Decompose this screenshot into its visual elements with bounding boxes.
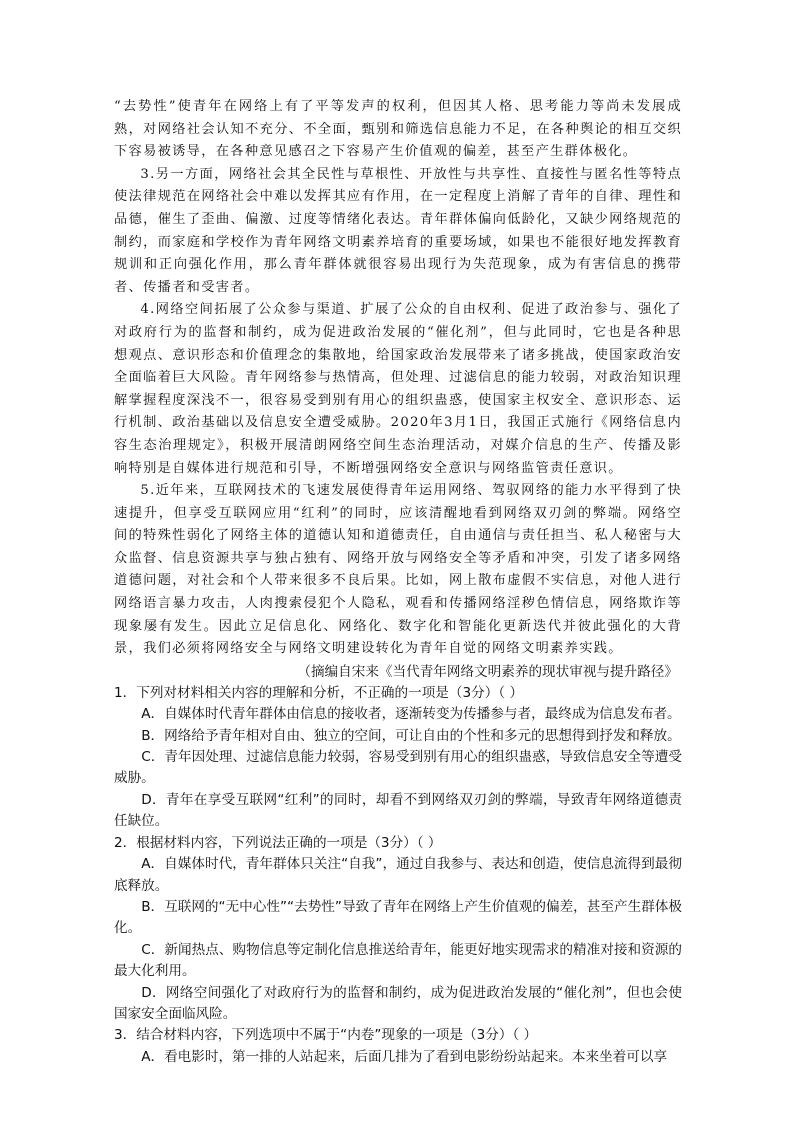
option-c: C．青年因处理、过滤信息能力较弱，容易受到别有用心的组织蛊惑，导致信息安全等遭受… [114, 747, 682, 790]
question-1: 1．下列对材料相关内容的理解和分析，不正确的一项是（3分）（ ） A．自媒体时代… [114, 683, 682, 833]
option-b: B．网络给予青年相对自由、独立的空间，可让自由的个性和多元的思想得到抒发和释放。 [114, 726, 682, 747]
passage-paragraph-continuation: “去势性”使青年在网络上有了平等发声的权利，但因其人格、思考能力等尚未发展成熟，… [114, 96, 682, 164]
reading-passage: “去势性”使青年在网络上有了平等发声的权利，但因其人格、思考能力等尚未发展成熟，… [114, 96, 682, 661]
passage-paragraph-4: 4.网络空间拓展了公众参与渠道、扩展了公众的自由权利、促进了政治参与、强化了对政… [114, 299, 682, 480]
question-stem: 1．下列对材料相关内容的理解和分析，不正确的一项是（3分）（ ） [114, 683, 682, 704]
option-b: B．互联网的“无中心性”“去势性”导致了青年在网络上产生价值观的偏差，甚至产生群… [114, 897, 682, 940]
option-d: D．网络空间强化了对政府行为的监督和制约，成为促进政治发展的“催化剂”，但也会使… [114, 983, 682, 1026]
option-a: A．看电影时，第一排的人站起来，后面几排为了看到电影纷纷站起来。本来坐着可以享 [114, 1047, 682, 1068]
question-stem: 3．结合材料内容，下列选项中不属于“内卷”现象的一项是（3分）（ ） [114, 1025, 682, 1046]
passage-source: （摘编自宋来《当代青年网络文明素养的现状审视与提升路径》 [114, 661, 682, 683]
option-a: A．自媒体时代，青年群体只关注“自我”，通过自我参与、表达和创造，使信息流得到最… [114, 854, 682, 897]
passage-paragraph-5: 5.近年来，互联网技术的飞速发展使得青年运用网络、驾驭网络的能力水平得到了快速提… [114, 480, 682, 661]
option-a: A．自媒体时代青年群体由信息的接收者，逐渐转变为传播参与者，最终成为信息发布者。 [114, 704, 682, 725]
question-3: 3．结合材料内容，下列选项中不属于“内卷”现象的一项是（3分）（ ） A．看电影… [114, 1025, 682, 1068]
option-d: D．青年在享受互联网“红利”的同时，却看不到网络双刃剑的弊端，导致青年网络道德责… [114, 790, 682, 833]
exam-page: “去势性”使青年在网络上有了平等发声的权利，但因其人格、思考能力等尚未发展成熟，… [114, 96, 682, 1068]
option-c: C．新闻热点、购物信息等定制化信息推送给青年，能更好地实现需求的精准对接和资源的… [114, 940, 682, 983]
question-2: 2．根据材料内容，下列说法正确的一项是（3分）（ ） A．自媒体时代，青年群体只… [114, 833, 682, 1026]
question-list: 1．下列对材料相关内容的理解和分析，不正确的一项是（3分）（ ） A．自媒体时代… [114, 683, 682, 1068]
question-stem: 2．根据材料内容，下列说法正确的一项是（3分）（ ） [114, 833, 682, 854]
passage-paragraph-3: 3.另一方面，网络社会其全民性与草根性、开放性与共享性、直接性与匿名性等特点使法… [114, 164, 682, 300]
